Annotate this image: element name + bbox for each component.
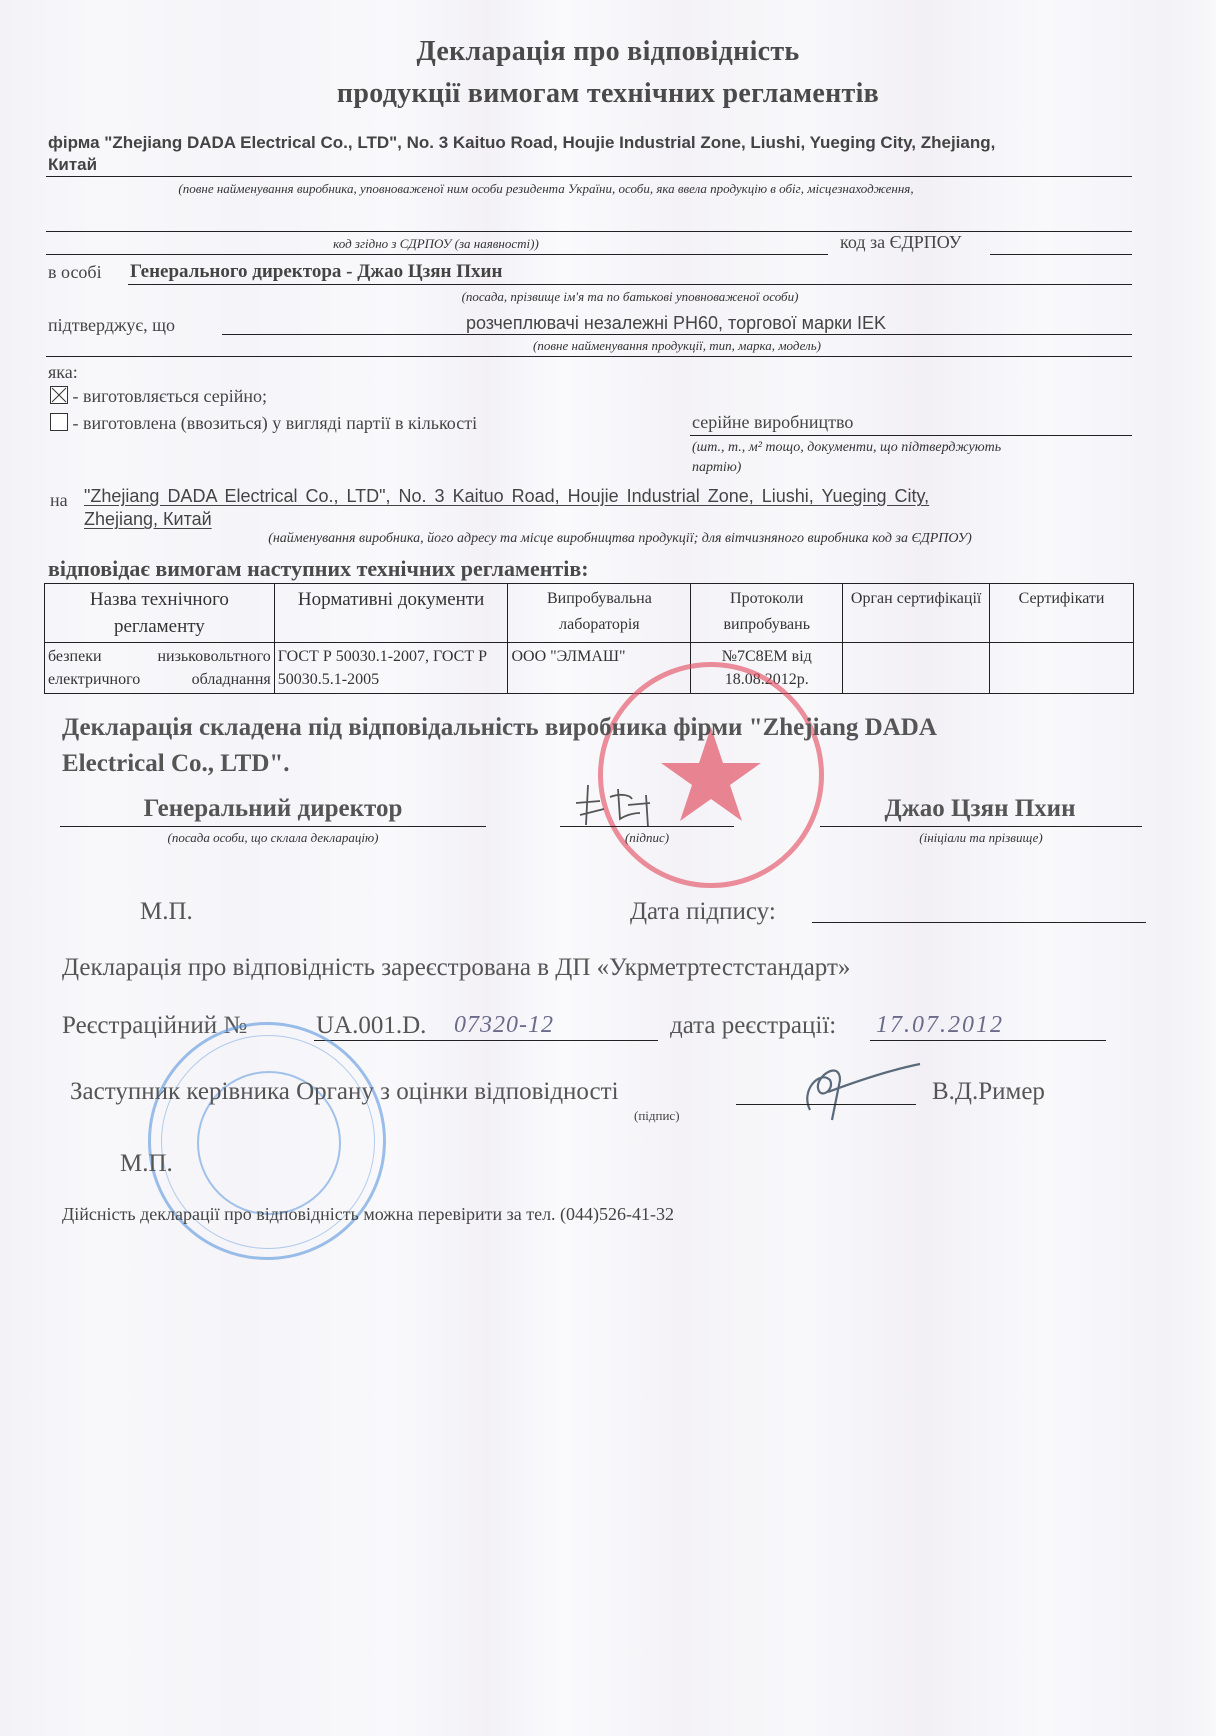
quantity-note-line1: (шт., т., м² тощо, документи, що підтвер… — [692, 440, 1001, 456]
registration-date-label: дата реєстрації: — [670, 1012, 836, 1040]
manufacturer-line1: "Zhejiang DADA Electrical Co., LTD", No.… — [84, 486, 1134, 507]
documents-cell: ГОСТ Р 50030.1-2007, ГОСТ Р 50030.5.1-20… — [274, 643, 508, 694]
product-underline — [222, 334, 1132, 335]
edrpou-code-line — [46, 254, 828, 255]
product-note: (повне найменування продукції, тип, марк… — [222, 338, 1132, 354]
signature-note: (підпис) — [560, 830, 734, 846]
firm-note: (повне найменування виробника, уповноваж… — [46, 181, 1046, 197]
quantity-underline — [690, 435, 1132, 436]
option-batch[interactable]: - виготовлена (ввозиться) у вигляді парт… — [50, 413, 477, 434]
responsibility-line1: Декларація складена під відповідальність… — [62, 714, 1162, 742]
product-label: підтверджує, що — [48, 315, 175, 336]
deputy-signature-note: (підпис) — [634, 1108, 680, 1124]
option-serial-label: - виготовляється серійно; — [73, 386, 268, 406]
edrpou-label: код за ЄДРПОУ — [840, 232, 961, 253]
manufacturer-note: (найменування виробника, його адресу та … — [120, 531, 1120, 547]
option-serial[interactable]: - виготовляється серійно; — [50, 386, 267, 407]
firm-underline — [46, 176, 1132, 177]
edrpou-note: код згідно з СДРПОУ (за наявності)) — [46, 236, 826, 252]
name-note: (ініціали та прізвище) — [820, 830, 1142, 846]
registration-number-handwritten: 07320-12 — [454, 1012, 554, 1039]
signing-date-label: Дата підпису: — [630, 898, 776, 926]
regulation-name-cell: безпеки низьковольтного електричного обл… — [45, 643, 275, 694]
signatory-name: Джао Цзян Пхин — [820, 795, 1140, 823]
column-header: Назва технічного регламенту — [45, 584, 275, 643]
product-divider — [46, 356, 1132, 357]
regulations-heading: відповідає вимогам наступних технічних р… — [48, 556, 589, 582]
option-batch-label: - виготовлена (ввозиться) у вигляді парт… — [73, 413, 478, 433]
person-underline — [128, 284, 1132, 285]
column-header: Випробувальна лабораторія — [508, 584, 691, 643]
seal-place-label-2: М.П. — [120, 1150, 173, 1178]
unchecked-checkbox-icon[interactable] — [50, 413, 68, 431]
verification-phone-text: Дійсність декларації про відповідність м… — [62, 1204, 674, 1225]
production-label: яка: — [48, 362, 78, 383]
regulations-table: Назва технічного регламенту Нормативні д… — [44, 583, 1134, 694]
table-row: безпеки низьковольтного електричного обл… — [45, 643, 1134, 694]
deputy-name: В.Д.Ример — [932, 1078, 1045, 1106]
checked-checkbox-icon[interactable] — [50, 386, 68, 404]
signature-underline — [560, 826, 734, 827]
quantity-value: серійне виробництво — [692, 412, 853, 433]
seal-place-label: М.П. — [140, 898, 193, 926]
edrpou-value-field — [990, 254, 1132, 255]
firm-line1: фірма "Zhejiang DADA Electrical Co., LTD… — [48, 133, 1128, 153]
registration-statement: Декларація про відповідність зареєстрова… — [62, 954, 850, 982]
deputy-label: Заступник керівника Органу з оцінки відп… — [70, 1078, 619, 1106]
document-title-line1: Декларація про відповідність — [0, 36, 1216, 68]
quantity-note-line2: партію) — [692, 460, 741, 476]
certificates-cell — [990, 643, 1134, 694]
column-header: Протоколи випробувань — [691, 584, 843, 643]
column-header: Орган сертифікації — [843, 584, 990, 643]
name-underline — [820, 826, 1142, 827]
registration-number-underline — [314, 1040, 658, 1041]
blank-line — [46, 231, 1132, 232]
deputy-signature-underline — [736, 1104, 916, 1105]
signing-date-field — [812, 922, 1146, 923]
position-note: (посада особи, що склала декларацію) — [60, 830, 486, 846]
manufacturer-label: на — [50, 490, 68, 511]
registration-number-prefix: UA.001.D. — [316, 1012, 426, 1040]
certification-body-cell — [843, 643, 990, 694]
document-title-line2: продукції вимогам технічних регламентів — [0, 78, 1216, 110]
responsibility-line2: Electrical Co., LTD". — [62, 750, 290, 778]
person-label: в особі — [48, 262, 102, 283]
table-header-row: Назва технічного регламенту Нормативні д… — [45, 584, 1134, 643]
deputy-signature — [770, 1040, 930, 1130]
person-note: (посада, прізвище ім'я та по батькові уп… — [128, 289, 1132, 305]
person-value: Генерального директора - Джао Цзян Пхин — [130, 261, 502, 283]
position-underline — [60, 826, 486, 827]
firm-line2: Китай — [48, 155, 97, 175]
product-value: розчеплювачі незалежні PH60, торгової ма… — [220, 313, 1132, 334]
manufacturer-line2: Zhejiang, Китай — [84, 509, 212, 530]
signatory-position: Генеральний директор — [60, 795, 486, 823]
column-header: Нормативні документи — [274, 584, 508, 643]
registration-date-value: 17.07.2012 — [876, 1012, 1004, 1039]
column-header: Сертифікати — [990, 584, 1134, 643]
